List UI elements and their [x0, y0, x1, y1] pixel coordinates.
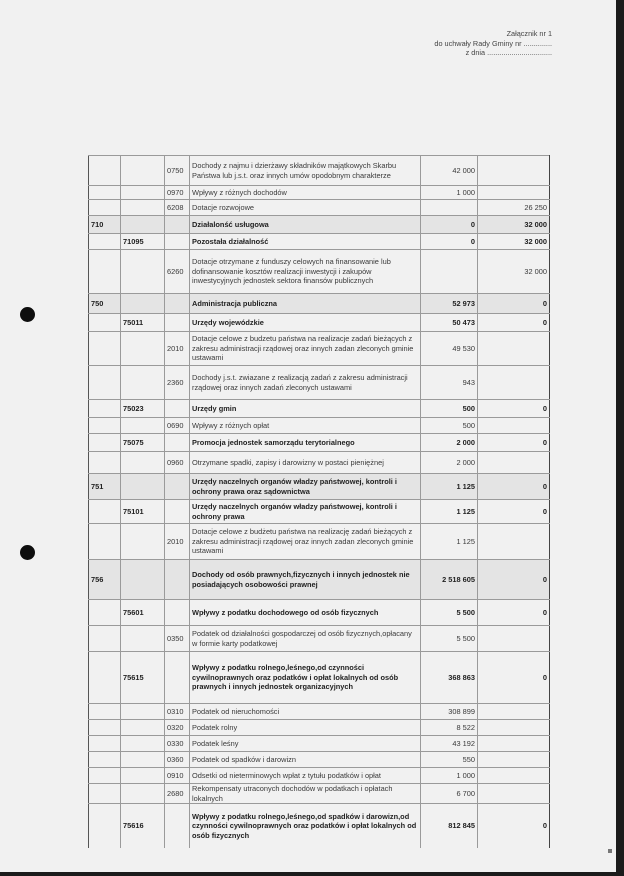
paragraph-code: 6260 — [165, 250, 190, 294]
amount-current: 0 — [421, 234, 478, 250]
division-code — [89, 784, 121, 804]
division-code — [89, 524, 121, 560]
table-row: 75616Wpływy z podatku rolnego,leśnego,od… — [89, 804, 550, 848]
item-name: Dochody j.s.t. zwiazane z realizacją zad… — [190, 366, 421, 400]
item-name: Dochody z najmu i dzierżawy składników m… — [190, 156, 421, 186]
chapter-code — [121, 720, 165, 736]
amount-current: 2 518 605 — [421, 560, 478, 600]
division-code — [89, 704, 121, 720]
table-row: 0350Podatek od działalności gospodarczej… — [89, 626, 550, 652]
amount-property — [478, 524, 550, 560]
chapter-code: 75023 — [121, 400, 165, 418]
item-name: Podatek od działalności gospodarczej od … — [190, 626, 421, 652]
division-code — [89, 452, 121, 474]
chapter-code: 75075 — [121, 434, 165, 452]
amount-property: 32 000 — [478, 234, 550, 250]
paragraph-code: 0960 — [165, 452, 190, 474]
item-name: Odsetki od nieterminowych wpłat z tytułu… — [190, 768, 421, 784]
chapter-code — [121, 560, 165, 600]
paragraph-code — [165, 804, 190, 848]
amount-current: 5 500 — [421, 626, 478, 652]
division-code — [89, 626, 121, 652]
division-code — [89, 804, 121, 848]
scan-mark — [608, 849, 612, 853]
table-row: 0320Podatek rolny8 522 — [89, 720, 550, 736]
chapter-code — [121, 186, 165, 200]
budget-income-table: 0750Dochody z najmu i dzierżawy składnik… — [88, 155, 550, 848]
amount-property — [478, 418, 550, 434]
division-code — [89, 250, 121, 294]
table-row: 75011Urzędy wojewódzkie50 4730 — [89, 314, 550, 332]
amount-property: 32 000 — [478, 250, 550, 294]
chapter-code: 71095 — [121, 234, 165, 250]
paragraph-code — [165, 216, 190, 234]
item-name: Działalonść usługowa — [190, 216, 421, 234]
division-code — [89, 234, 121, 250]
amount-current: 812 845 — [421, 804, 478, 848]
amount-current: 1 125 — [421, 474, 478, 500]
item-name: Urzędy naczelnych organów władzy państwo… — [190, 500, 421, 524]
table-row: 2680Rekompensaty utraconych dochodów w p… — [89, 784, 550, 804]
chapter-code — [121, 524, 165, 560]
amount-property: 0 — [478, 474, 550, 500]
chapter-code — [121, 736, 165, 752]
chapter-code — [121, 752, 165, 768]
paragraph-code: 0320 — [165, 720, 190, 736]
amount-current: 550 — [421, 752, 478, 768]
division-code — [89, 652, 121, 704]
paragraph-code — [165, 234, 190, 250]
punch-hole-bottom — [20, 545, 35, 560]
amount-property: 0 — [478, 314, 550, 332]
division-code — [89, 720, 121, 736]
chapter-code: 75616 — [121, 804, 165, 848]
paragraph-code: 0970 — [165, 186, 190, 200]
scanned-page: Załącznik nr 1 do uchwały Rady Gminy nr … — [0, 0, 616, 876]
chapter-code — [121, 626, 165, 652]
division-code — [89, 736, 121, 752]
item-name: Podatek leśny — [190, 736, 421, 752]
chapter-code — [121, 704, 165, 720]
table-row: 75075Promocja jednostek samorządu teryto… — [89, 434, 550, 452]
item-name: Rekompensaty utraconych dochodów w podat… — [190, 784, 421, 804]
amount-property: 0 — [478, 652, 550, 704]
amount-current: 1 000 — [421, 186, 478, 200]
amount-property — [478, 332, 550, 366]
amount-current: 8 522 — [421, 720, 478, 736]
division-code — [89, 418, 121, 434]
amount-property: 26 250 — [478, 200, 550, 216]
amount-property — [478, 626, 550, 652]
item-name: Dotacje celowe z budzetu państwa na real… — [190, 332, 421, 366]
table-row: 75101Urzędy naczelnych organów władzy pa… — [89, 500, 550, 524]
paragraph-code: 2010 — [165, 332, 190, 366]
table-row: 75615Wpływy z podatku rolnego,leśnego,od… — [89, 652, 550, 704]
division-code — [89, 332, 121, 366]
paragraph-code: 0690 — [165, 418, 190, 434]
amount-property — [478, 186, 550, 200]
amount-property — [478, 768, 550, 784]
paragraph-code — [165, 560, 190, 600]
item-name: Wpływy z różnych opłat — [190, 418, 421, 434]
division-code — [89, 366, 121, 400]
table-row: 2010Dotacje celowe z budzetu państwa na … — [89, 332, 550, 366]
table-row: 0910Odsetki od nieterminowych wpłat z ty… — [89, 768, 550, 784]
amount-current: 6 700 — [421, 784, 478, 804]
amount-current: 2 000 — [421, 452, 478, 474]
amount-current: 49 530 — [421, 332, 478, 366]
paragraph-code: 6208 — [165, 200, 190, 216]
table-row: 0310Podatek od nieruchomości308 899 — [89, 704, 550, 720]
division-code — [89, 400, 121, 418]
item-name: Wpływy z różnych dochodów — [190, 186, 421, 200]
paragraph-code — [165, 400, 190, 418]
division-code — [89, 200, 121, 216]
amount-property: 0 — [478, 804, 550, 848]
chapter-code — [121, 784, 165, 804]
table-row: 0970Wpływy z różnych dochodów1 000 — [89, 186, 550, 200]
chapter-code — [121, 366, 165, 400]
amount-current: 500 — [421, 418, 478, 434]
amount-property: 0 — [478, 560, 550, 600]
item-name: Podatek od nieruchomości — [190, 704, 421, 720]
amount-current: 0 — [421, 216, 478, 234]
item-name: Urzędy wojewódzkie — [190, 314, 421, 332]
paragraph-code — [165, 600, 190, 626]
amount-current: 943 — [421, 366, 478, 400]
item-name: Dochody od osób prawnych,fizycznych i in… — [190, 560, 421, 600]
item-name: Wpływy z podatku dochodowego od osób fiz… — [190, 600, 421, 626]
chapter-code: 75011 — [121, 314, 165, 332]
paragraph-code — [165, 294, 190, 314]
paragraph-code: 0350 — [165, 626, 190, 652]
chapter-code: 75615 — [121, 652, 165, 704]
item-name: Pozostała działalność — [190, 234, 421, 250]
division-code — [89, 186, 121, 200]
amount-property — [478, 366, 550, 400]
table-row: 750Administracja publiczna52 9730 — [89, 294, 550, 314]
attachment-number: Załącznik nr 1 — [434, 29, 552, 39]
resolution-reference: do uchwały Rady Gminy nr .............. — [434, 39, 552, 49]
table-row: 2360Dochody j.s.t. zwiazane z realizacją… — [89, 366, 550, 400]
paragraph-code — [165, 314, 190, 332]
chapter-code — [121, 452, 165, 474]
table-row: 0690Wpływy z różnych opłat500 — [89, 418, 550, 434]
division-code: 756 — [89, 560, 121, 600]
item-name: Urzędy naczelnych organów władzy państwo… — [190, 474, 421, 500]
chapter-code — [121, 156, 165, 186]
punch-hole-top — [20, 307, 35, 322]
chapter-code — [121, 294, 165, 314]
paragraph-code — [165, 500, 190, 524]
amount-property: 0 — [478, 434, 550, 452]
table-row: 71095Pozostała działalność032 000 — [89, 234, 550, 250]
amount-property — [478, 736, 550, 752]
amount-current: 500 — [421, 400, 478, 418]
paragraph-code — [165, 652, 190, 704]
chapter-code — [121, 332, 165, 366]
paragraph-code: 0360 — [165, 752, 190, 768]
paragraph-code: 0310 — [165, 704, 190, 720]
table-row: 0330Podatek leśny43 192 — [89, 736, 550, 752]
chapter-code — [121, 768, 165, 784]
amount-property — [478, 704, 550, 720]
paragraph-code: 0750 — [165, 156, 190, 186]
amount-current — [421, 200, 478, 216]
table-row: 6208Dotacje rozwojowe26 250 — [89, 200, 550, 216]
item-name: Wpływy z podatku rolnego,leśnego,od spad… — [190, 804, 421, 848]
chapter-code — [121, 418, 165, 434]
paragraph-code: 2360 — [165, 366, 190, 400]
amount-current: 43 192 — [421, 736, 478, 752]
division-code: 750 — [89, 294, 121, 314]
paragraph-code: 0330 — [165, 736, 190, 752]
amount-current: 1 000 — [421, 768, 478, 784]
chapter-code — [121, 200, 165, 216]
amount-property — [478, 752, 550, 768]
paragraph-code: 2010 — [165, 524, 190, 560]
amount-property: 32 000 — [478, 216, 550, 234]
attachment-header: Załącznik nr 1 do uchwały Rady Gminy nr … — [434, 29, 552, 58]
table-row: 75023Urzędy gmin5000 — [89, 400, 550, 418]
division-code — [89, 768, 121, 784]
amount-property: 0 — [478, 500, 550, 524]
item-name: Podatek od spadków i darowizn — [190, 752, 421, 768]
item-name: Wpływy z podatku rolnego,leśnego,od czyn… — [190, 652, 421, 704]
amount-property — [478, 784, 550, 804]
item-name: Promocja jednostek samorządu terytorialn… — [190, 434, 421, 452]
amount-property — [478, 156, 550, 186]
paragraph-code: 0910 — [165, 768, 190, 784]
amount-current: 1 125 — [421, 500, 478, 524]
table-row: 0960Otrzymane spadki, zapisy i darowizny… — [89, 452, 550, 474]
amount-current: 5 500 — [421, 600, 478, 626]
amount-current: 2 000 — [421, 434, 478, 452]
chapter-code — [121, 250, 165, 294]
amount-current: 52 973 — [421, 294, 478, 314]
table-row: 751Urzędy naczelnych organów władzy pańs… — [89, 474, 550, 500]
amount-current — [421, 250, 478, 294]
table-row: 0360Podatek od spadków i darowizn550 — [89, 752, 550, 768]
chapter-code: 75101 — [121, 500, 165, 524]
paragraph-code — [165, 434, 190, 452]
paragraph-code — [165, 474, 190, 500]
item-name: Dotacje celowe z budżetu państwa na real… — [190, 524, 421, 560]
table-row: 6260Dotacje otrzymane z funduszy celowyc… — [89, 250, 550, 294]
amount-current: 50 473 — [421, 314, 478, 332]
division-code: 751 — [89, 474, 121, 500]
division-code — [89, 156, 121, 186]
item-name: Administracja publiczna — [190, 294, 421, 314]
resolution-date: z dnia ................................ — [434, 48, 552, 58]
item-name: Dotacje otrzymane z funduszy celowych na… — [190, 250, 421, 294]
chapter-code: 75601 — [121, 600, 165, 626]
division-code — [89, 434, 121, 452]
amount-current: 308 899 — [421, 704, 478, 720]
amount-current: 42 000 — [421, 156, 478, 186]
amount-property: 0 — [478, 294, 550, 314]
amount-property — [478, 720, 550, 736]
division-code — [89, 752, 121, 768]
table-row: 2010Dotacje celowe z budżetu państwa na … — [89, 524, 550, 560]
division-code: 710 — [89, 216, 121, 234]
division-code — [89, 600, 121, 626]
amount-property: 0 — [478, 400, 550, 418]
item-name: Dotacje rozwojowe — [190, 200, 421, 216]
item-name: Urzędy gmin — [190, 400, 421, 418]
table-row: 756Dochody od osób prawnych,fizycznych i… — [89, 560, 550, 600]
amount-property: 0 — [478, 600, 550, 626]
table-row: 75601Wpływy z podatku dochodowego od osó… — [89, 600, 550, 626]
scan-border-bottom — [0, 872, 624, 876]
item-name: Otrzymane spadki, zapisy i darowizny w p… — [190, 452, 421, 474]
amount-current: 1 125 — [421, 524, 478, 560]
division-code — [89, 500, 121, 524]
division-code — [89, 314, 121, 332]
amount-property — [478, 452, 550, 474]
amount-current: 368 863 — [421, 652, 478, 704]
item-name: Podatek rolny — [190, 720, 421, 736]
paragraph-code: 2680 — [165, 784, 190, 804]
table-row: 0750Dochody z najmu i dzierżawy składnik… — [89, 156, 550, 186]
scan-border-right — [616, 0, 624, 876]
chapter-code — [121, 474, 165, 500]
chapter-code — [121, 216, 165, 234]
table-row: 710Działalonść usługowa032 000 — [89, 216, 550, 234]
